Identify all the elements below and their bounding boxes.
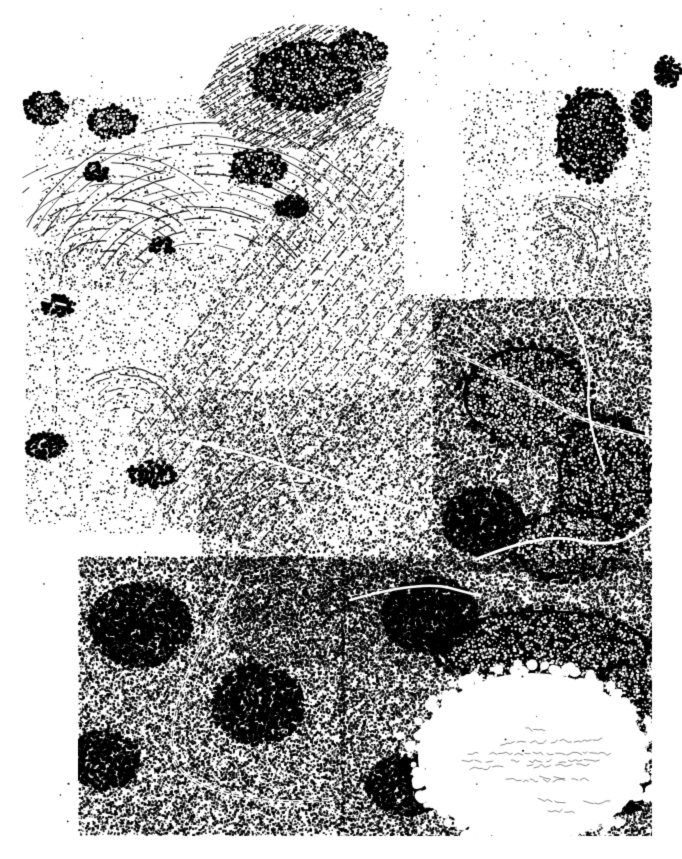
scanned-map-page — [0, 0, 682, 859]
aerial-photo-mosaic — [0, 0, 682, 859]
